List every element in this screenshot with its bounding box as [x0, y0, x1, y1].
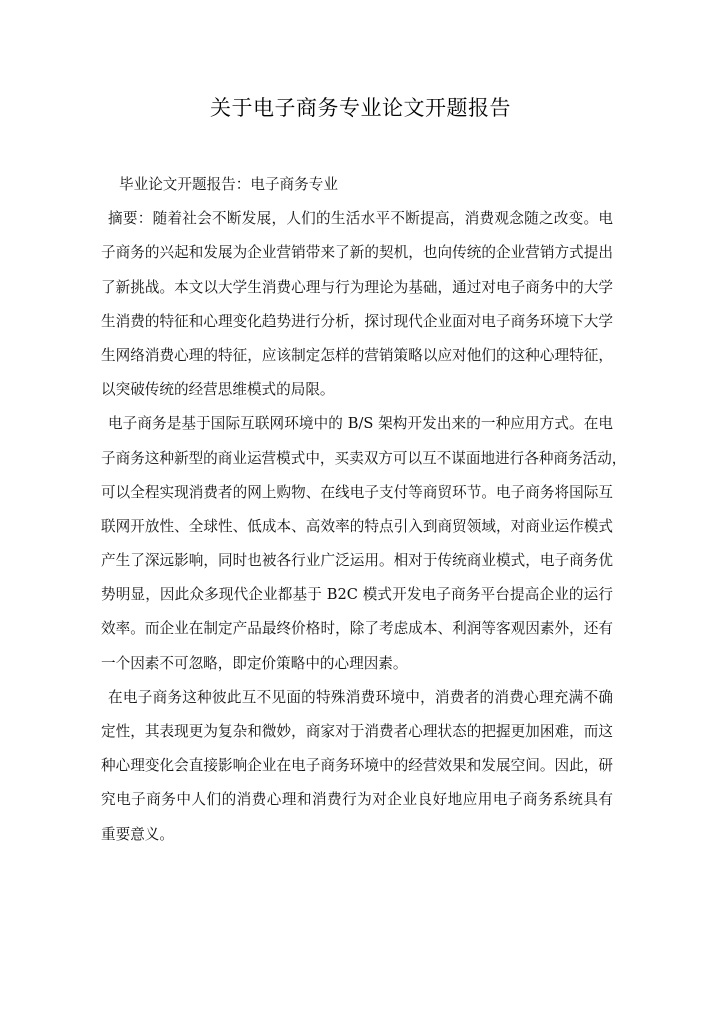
paragraph-line: 子商务的兴起和发展为企业营销带来了新的契机，也向传统的企业营销方式提出 [101, 239, 613, 273]
paragraph-line: 了新挑战。本文以大学生消费心理与行为理论为基础，通过对电子商务中的大学 [101, 274, 613, 308]
paragraph-line: 生网络消费心理的特征，应该制定怎样的营销策略以应对他们的这种心理特征， [101, 342, 613, 376]
paragraph-line: 效率。而企业在制定产品最终价格时，除了考虑成本、利润等客观因素外，还有 [101, 615, 613, 649]
paragraph-line: 可以全程实现消费者的网上购物、在线电子支付等商贸环节。电子商务将国际互 [101, 479, 613, 513]
paragraph-line: 种心理变化会直接影响企业在电子商务环境中的经营效果和发展空间。因此，研 [101, 752, 613, 786]
paragraph-line: 电子商务是基于国际互联网环境中的 B/S 架构开发出来的一种应用方式。在电 [101, 410, 613, 444]
paragraph-line: 子商务这种新型的商业运营模式中，买卖双方可以互不谋面地进行各种商务活动， [101, 445, 613, 479]
paragraph-line: 联网开放性、全球性、低成本、高效率的特点引入到商贸领域，对商业运作模式 [101, 513, 613, 547]
paragraph-line: 一个因素不可忽略，即定价策略中的心理因素。 [101, 650, 613, 684]
document-page: 关于电子商务专业论文开题报告 毕业论文开题报告：电子商务专业 摘要：随着社会不断… [0, 0, 721, 1020]
paragraph-line: 以突破传统的经营思维模式的局限。 [101, 376, 613, 410]
paragraph-line: 在电子商务这种彼此互不见面的特殊消费环境中，消费者的消费心理充满不确 [101, 684, 613, 718]
paragraph-abstract: 摘要：随着社会不断发展，人们的生活水平不断提高，消费观念随之改变。电 子商务的兴… [101, 205, 613, 410]
document-body: 毕业论文开题报告：电子商务专业 摘要：随着社会不断发展，人们的生活水平不断提高，… [101, 171, 613, 855]
paragraph-line: 势明显，因此众多现代企业都基于 B2C 模式开发电子商务平台提高企业的运行 [101, 581, 613, 615]
paragraph-line: 定性，其表现更为复杂和微妙，商家对于消费者心理状态的把握更加困难，而这 [101, 718, 613, 752]
paragraph-line: 生消费的特征和心理变化趋势进行分析，探讨现代企业面对电子商务环境下大学 [101, 308, 613, 342]
paragraph-line: 产生了深远影响，同时也被各行业广泛运用。相对于传统商业模式，电子商务优 [101, 547, 613, 581]
paragraph-consumer-psychology: 在电子商务这种彼此互不见面的特殊消费环境中，消费者的消费心理充满不确 定性，其表… [101, 684, 613, 855]
document-title: 关于电子商务专业论文开题报告 [0, 92, 721, 122]
paragraph-line: 重要意义。 [101, 821, 613, 855]
paragraph-line: 摘要：随着社会不断发展，人们的生活水平不断提高，消费观念随之改变。电 [101, 205, 613, 239]
paragraph-line: 究电子商务中人们的消费心理和消费行为对企业良好地应用电子商务系统具有 [101, 786, 613, 820]
document-subtitle: 毕业论文开题报告：电子商务专业 [101, 171, 613, 205]
paragraph-ecommerce-overview: 电子商务是基于国际互联网环境中的 B/S 架构开发出来的一种应用方式。在电 子商… [101, 410, 613, 684]
